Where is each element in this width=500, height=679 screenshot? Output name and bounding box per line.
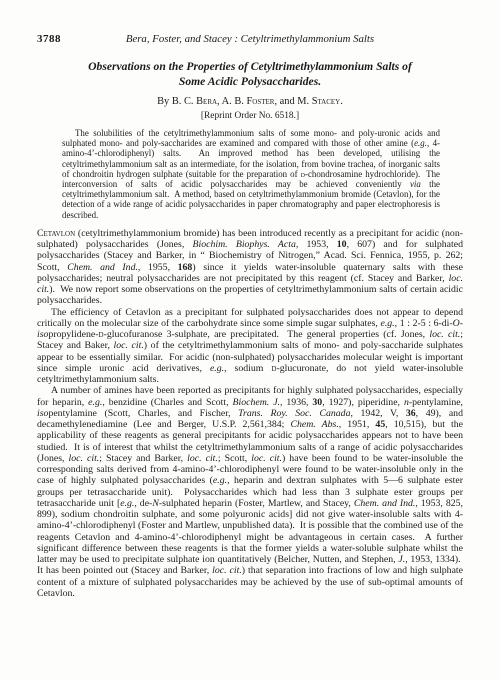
journal-page: 3788 Bera, Foster, and Stacey : Cetyltri… [0,0,500,679]
running-header: 3788 Bera, Foster, and Stacey : Cetyltri… [37,33,463,46]
paragraph: The efficiency of Cetavlon as a precipit… [37,307,463,386]
abstract-paragraph: The solubilities of the cetyltrimethylam… [62,128,440,220]
reprint-order: [Reprint Order No. 6518.] [37,111,463,121]
page-number: 3788 [37,33,61,46]
article-body: Cetavlon (cetyltrimethylammonium bromide… [37,228,463,599]
paragraph: Cetavlon (cetyltrimethylammonium bromide… [37,228,463,307]
running-head-title: Bera, Foster, and Stacey : Cetyltrimethy… [37,33,463,46]
article-title-line1: Observations on the Properties of Cetylt… [37,60,463,75]
paragraph: A number of amines have been reported as… [37,385,463,599]
article-title-line2: Some Acidic Polysaccharides. [37,75,463,90]
byline: By B. C. Bera, A. B. Foster, and M. Stac… [37,96,463,107]
article-title: Observations on the Properties of Cetylt… [37,60,463,89]
abstract: The solubilities of the cetyltrimethylam… [62,128,440,220]
